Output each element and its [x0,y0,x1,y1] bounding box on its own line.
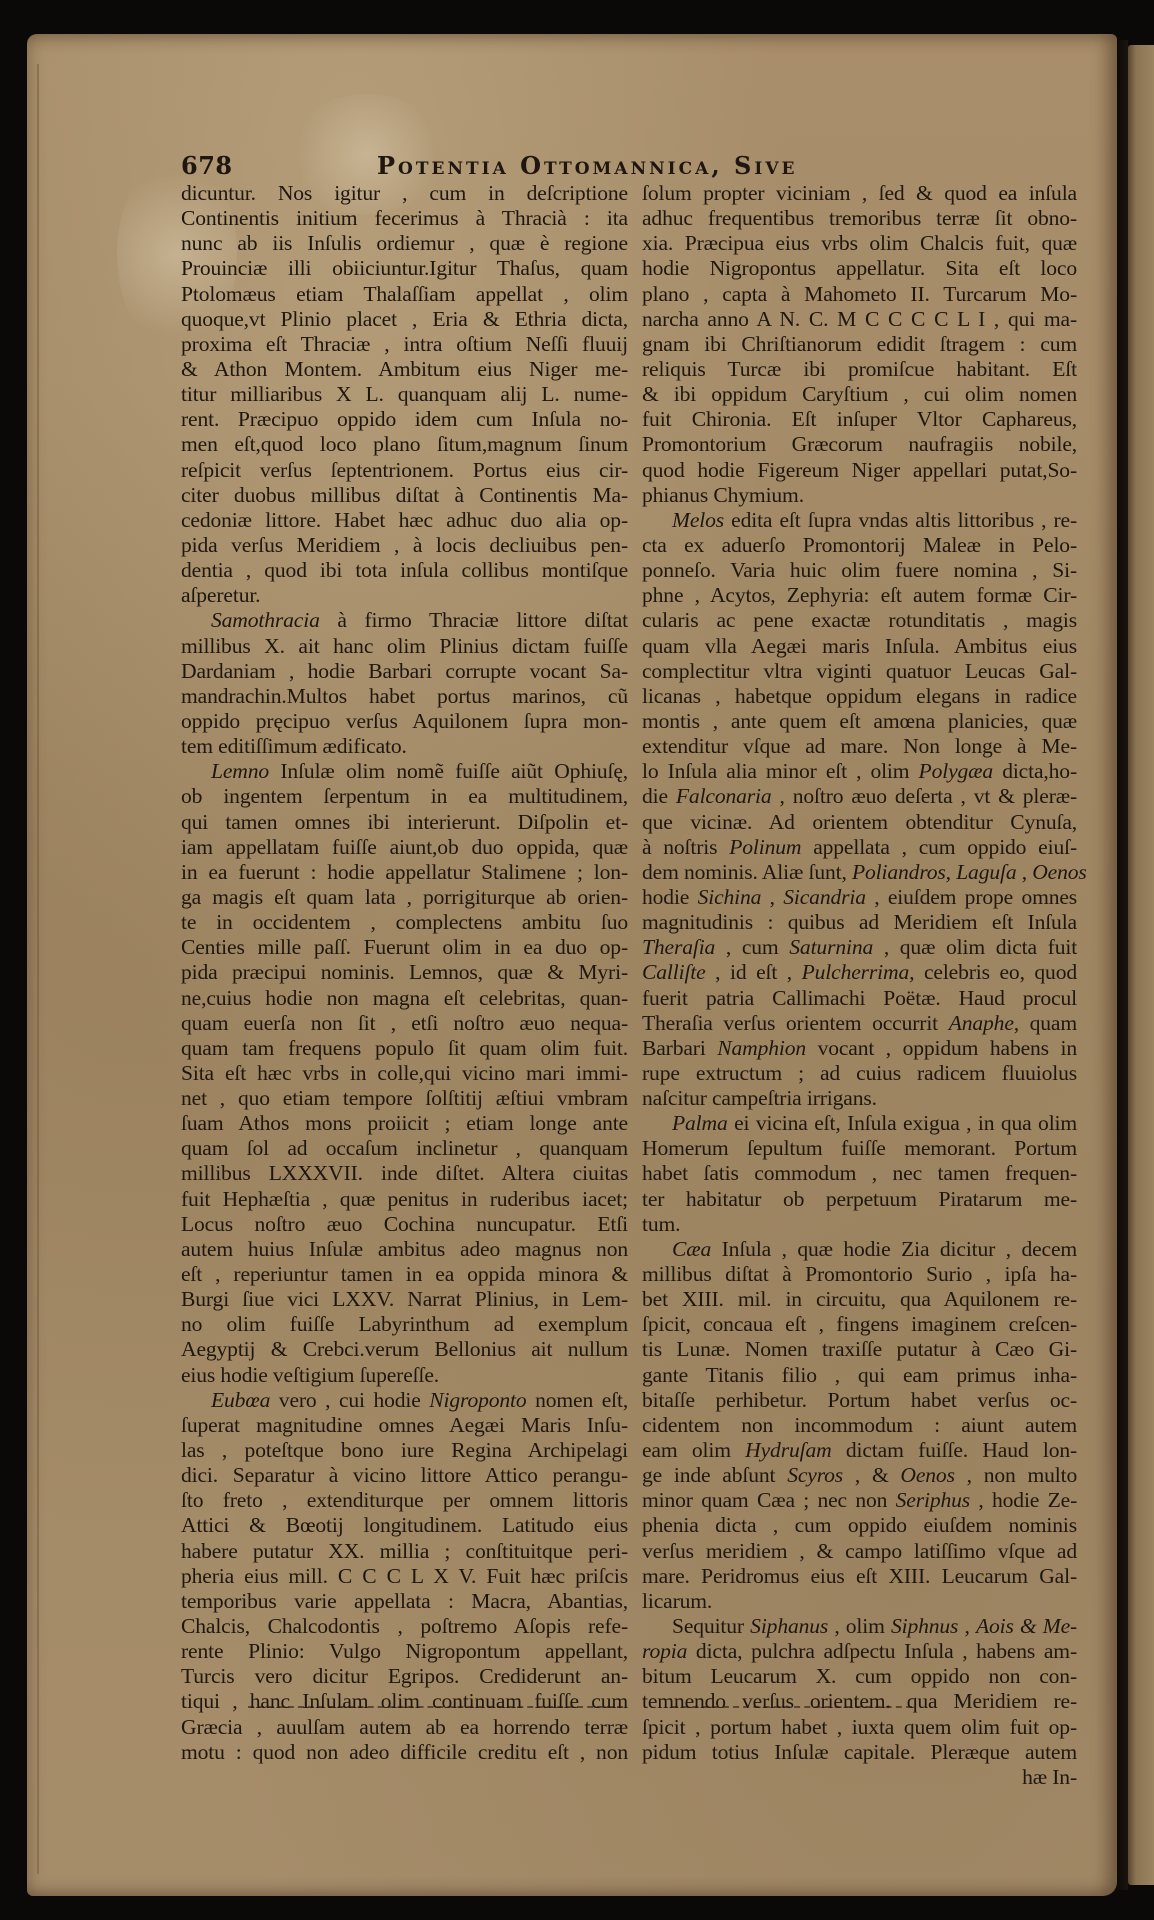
text-line: eius hodie veſtigium ſupereſſe. [181,1363,628,1388]
text-line: motu : quod non adeo difficile creditu e… [181,1740,628,1765]
text-line: bet XIII. mil. in circuitu, qua Aquilone… [642,1287,1077,1312]
text-line: tis Lunæ. Nomen traxiſſe putatur à Cæo G… [642,1337,1077,1362]
text-line: men eſt,quod loco plano ſitum,magnum ſin… [181,432,628,457]
running-head: 678 Potentia Ottomannica, Sive [181,151,1081,185]
text-line: cularis ac pene exactæ rotunditatis , ma… [642,608,1077,633]
text-line: bitum Leucarum X. cum oppido non con- [642,1664,1077,1689]
text-line: temnendo verſus orientem. qua Meridiem r… [642,1689,1077,1714]
text-line: in ea fuerunt : hodie appellatur Stalime… [181,860,628,885]
text-line: habet ſatis commodum , nec tamen frequen… [642,1161,1077,1186]
text-line: minor quam Cæa ; nec non Seriphus , hodi… [642,1488,1077,1513]
text-line: die Falconaria , noſtro æuo deſerta , vt… [642,784,1077,809]
text-line: no olim fuiſſe Labyrinthum ad exemplum [181,1312,628,1337]
text-line: rente Plinio: Vulgo Nigropontum appellan… [181,1639,628,1664]
text-line: Melos edita eſt ſupra vndas altis littor… [642,508,1077,533]
adjacent-page-edge [1128,45,1154,1885]
text-line: quam vlla Aegæi maris Inſula. Ambitus ei… [642,634,1077,659]
text-line: magnitudinis : quibus ad Meridiem eſt In… [642,910,1077,935]
text-line: nunc ab iis Inſulis ordiemur , quæ è reg… [181,231,628,256]
text-line: proxima eſt Thraciæ , intra oſtium Neſſi… [181,332,628,357]
text-line: licanas , habetque oppidum elegans in ra… [642,684,1077,709]
text-line: aſperetur. [181,583,628,608]
text-line: millibus diſtat à Promontorio Surio , ip… [642,1262,1077,1287]
text-line: reſpicit verſus ſeptentrionem. Portus ei… [181,458,628,483]
text-line: ſpicit, concaua eſt , fingens imaginem c… [642,1312,1077,1337]
text-line: mandrachin.Multos habet portus marinos, … [181,684,628,709]
text-line: Eubœa vero , cui hodie Nigroponto nomen … [181,1388,628,1413]
text-line: habere putatur XX. millia ; conſtituitqu… [181,1539,628,1564]
text-line: Cæa Inſula , quæ hodie Zia dicitur , dec… [642,1237,1077,1262]
text-line: Attici & Bœotij longitudinem. Latitudo e… [181,1513,628,1538]
text-line: qui tamen omnes ibi interierunt. Diſpoli… [181,810,628,835]
text-line: te in occidentem , complectens ambitu ſu… [181,910,628,935]
text-line: quam ſol ad occaſum inclinetur , quanqua… [181,1136,628,1161]
text-line: cidentem non incommodum : aiunt autem [642,1413,1077,1438]
text-line: tiqui , hanc Inſulam olim continuam fuiſ… [181,1689,628,1714]
text-line: titur milliaribus X L. quanquam alij L. … [181,382,628,407]
text-line: rent. Præcipuo oppido idem cum Inſula no… [181,407,628,432]
text-line: Theraſia , cum Saturnina , quæ olim dict… [642,935,1077,960]
text-line: pheria eius mill. C C C L X V. Fuit hæc … [181,1564,628,1589]
text-line: Locus noſtro æuo Cochina nuncupatur. Etſ… [181,1212,628,1237]
text-line: Chalcis, Chalcodontis , poſtremo Aſopis … [181,1614,628,1639]
text-line: tum. [642,1212,1077,1237]
text-line: licarum. [642,1589,1077,1614]
text-line: dici. Separatur à vicino littore Attico … [181,1463,628,1488]
text-line: Barbari Namphion vocant , oppidum habens… [642,1036,1077,1061]
text-line: fuerit patria Callimachi Poëtæ. Haud pro… [642,986,1077,1011]
text-line: Dardaniam , hodie Barbari corrupte vocan… [181,659,628,684]
text-line: reliquis Turcæ ibi promiſcue habitant. E… [642,357,1077,382]
text-line: eam olim Hydruſam dictam fuiſſe. Haud lo… [642,1438,1077,1463]
text-line: ſuam Athos mons proiicit ; etiam longe a… [181,1111,628,1136]
text-line: fuit Hephæſtia , quæ penitus in ruderibu… [181,1187,628,1212]
text-line: naſcitur campeſtria irrigans. [642,1086,1077,1111]
text-line: & Athon Montem. Ambitum eius Niger me- [181,357,628,382]
text-line: net , quo etiam tempore ſolſtitij æſtiui… [181,1086,628,1111]
text-line: pida præcipui nominis. Lemnos, quæ & Myr… [181,960,628,985]
running-title: Potentia Ottomannica, Sive [377,151,797,180]
text-line: hodie Sichina , Sicandria , eiuſdem prop… [642,885,1077,910]
text-line: Sita eſt hæc vrbs in colle,qui vicino ma… [181,1061,628,1086]
text-line: Burgi ſiue vici LXXV. Narrat Plinius, in… [181,1287,628,1312]
text-line: phne , Acytos, Zephyria: eſt autem formæ… [642,583,1077,608]
text-line: quam tam frequens populo ſit quam olim f… [181,1036,628,1061]
text-line: ropia dicta, pulchra adſpectu Inſula , h… [642,1639,1077,1664]
text-line: à noſtris Polinum appellata , cum oppido… [642,835,1077,860]
text-line: montis , ante quem eſt amœna planicies, … [642,709,1077,734]
text-line: tem editiſſimum ædificato. [181,734,628,759]
text-line: Turcis vero dicitur Egripos. Crediderunt… [181,1664,628,1689]
text-line: Sequitur Siphanus , olim Siphnus , Aois … [642,1614,1077,1639]
text-line: verſus meridiem , & campo latiſſimo vſqu… [642,1539,1077,1564]
text-line: Calliſte , id eſt , Pulcherrima, celebri… [642,960,1077,985]
text-line: millibus LXXXVII. inde diſtet. Altera ci… [181,1161,628,1186]
text-line: plano , capta à Mahometo II. Turcarum Mo… [642,282,1077,307]
text-line: las , poteſtque bono iure Regina Archipe… [181,1438,628,1463]
text-line: narcha anno A N. C. M C C C C L I , qui … [642,307,1077,332]
text-line: gnam ibi Chriſtianorum edidit ſtragem : … [642,332,1077,357]
text-line: gante Titanis filio , qui eam primus inh… [642,1363,1077,1388]
text-line: quam euerſa non ſit , etſi noſtro æuo ne… [181,1011,628,1036]
text-line: Palma ei vicina eſt, Inſula exigua , in … [642,1111,1077,1136]
text-line: rupe extructum ; ad cuius radicem fluuio… [642,1061,1077,1086]
text-line: pida verſus Meridiem , à locis decliuibu… [181,533,628,558]
text-line: ter habitatur ob perpetuum Piratarum me- [642,1187,1077,1212]
text-line: & ibi oppidum Caryſtium , cui olim nomen [642,382,1077,407]
text-line: eſt , reperiuntur tamen in ea oppida min… [181,1262,628,1287]
text-line: temporibus varie appellata : Macra, Aban… [181,1589,628,1614]
catchword: hæ In- [642,1765,1077,1790]
text-line: Aegyptij & Crebci.verum Bellonius ait nu… [181,1337,628,1362]
text-line: xia. Præcipua eius vrbs olim Chalcis fui… [642,231,1077,256]
text-line: cedoniæ littore. Habet hæc adhuc duo ali… [181,508,628,533]
text-line: autem huius Inſulæ ambitus adeo magnus n… [181,1237,628,1262]
text-line: ſuperat magnitudine omnes Aegæi Maris In… [181,1413,628,1438]
text-line: ge inde abſunt Scyros , & Oenos , non mu… [642,1463,1077,1488]
text-line: phenia dicta , cum oppido eiuſdem nomini… [642,1513,1077,1538]
text-line: Promontorium Græcorum naufragiis nobile, [642,432,1077,457]
text-line: Centies mille paſſ. Fuerunt olim in ea d… [181,935,628,960]
text-line: quoque,vt Plinio placet , Eria & Ethria … [181,307,628,332]
text-line: Lemno Inſulæ olim nomẽ fuiſſe aiũt Ophiu… [181,759,628,784]
text-line: Homerum ſepultum fuiſſe memorant. Portum [642,1136,1077,1161]
text-line: ob ingentem ſerpentum in ea multitudinem… [181,784,628,809]
text-line: adhuc frequentibus tremoribus terræ ſit … [642,206,1077,231]
text-line: Samothracia à firmo Thraciæ littore diſt… [181,608,628,633]
text-line: quod hodie Figereum Niger appellari puta… [642,458,1077,483]
text-line: Continentis initium fecerimus à Thracià … [181,206,628,231]
text-line: pidum totius Inſulæ capitale. Pleræque a… [642,1740,1077,1765]
text-line: dicuntur. Nos igitur , cum in deſcriptio… [181,181,628,206]
text-line: complectitur vltra viginti quatuor Leuca… [642,659,1077,684]
text-line: que vicinæ. Ad orientem obtenditur Cynuſ… [642,810,1077,835]
text-column-left: dicuntur. Nos igitur , cum in deſcriptio… [181,181,628,1765]
text-line: ſto freto , extenditurque per omnem litt… [181,1488,628,1513]
text-line: ſolum propter viciniam , ſed & quod ea i… [642,181,1077,206]
text-line: ga magis eſt quam lata , porrigiturque a… [181,885,628,910]
underline-rule [248,1706,623,1708]
text-line: ſpicit , portum habet , iuxta quem olim … [642,1715,1077,1740]
text-line: hodie Nigropontus appellatur. Sita eſt l… [642,256,1077,281]
text-line: iam appellatam fuiſſe aiunt,ob duo oppid… [181,835,628,860]
text-line: lo Inſula alia minor eſt , olim Polygæa … [642,759,1077,784]
text-line: mare. Peridromus eius eſt XIII. Leucarum… [642,1564,1077,1589]
text-line: cta ex aduerſo Promontorij Maleæ in Pelo… [642,533,1077,558]
text-line: bitaſſe perhibetur. Portum habet verſus … [642,1388,1077,1413]
text-line: fuit Chironia. Eſt inſuper Vltor Caphare… [642,407,1077,432]
text-line: Prouinciæ illi obiiciuntur.Igitur Thaſus… [181,256,628,281]
text-line: ponneſo. Varia huic olim fuere nomina , … [642,558,1077,583]
text-line: ne,cuius hodie non magna eſt celebritas,… [181,986,628,1011]
text-line: dentia , quod ibi tota inſula collibus m… [181,558,628,583]
text-line: millibus X. ait hanc olim Plinius dictam… [181,634,628,659]
text-line: extenditur vſque ad mare. Non longe à Me… [642,734,1077,759]
text-column-right: ſolum propter viciniam , ſed & quod ea i… [642,181,1077,1790]
text-line: Ptolomæus etiam Thalaſſiam appellat , ol… [181,282,628,307]
text-line: oppido pręcipuo verſus Aquilonem ſupra m… [181,709,628,734]
text-line: dem nominis. Aliæ ſunt, Poliandros, Lagu… [642,860,1077,885]
text-line: Theraſia verſus orientem occurrit Anaphe… [642,1011,1077,1036]
text-line: citer duobus millibus diſtat à Continent… [181,483,628,508]
page-number: 678 [181,151,233,180]
text-line: Græcia , auulſam autem ab ea horrendo te… [181,1715,628,1740]
underline-rule [672,1706,912,1708]
text-line: phianus Chymium. [642,483,1077,508]
